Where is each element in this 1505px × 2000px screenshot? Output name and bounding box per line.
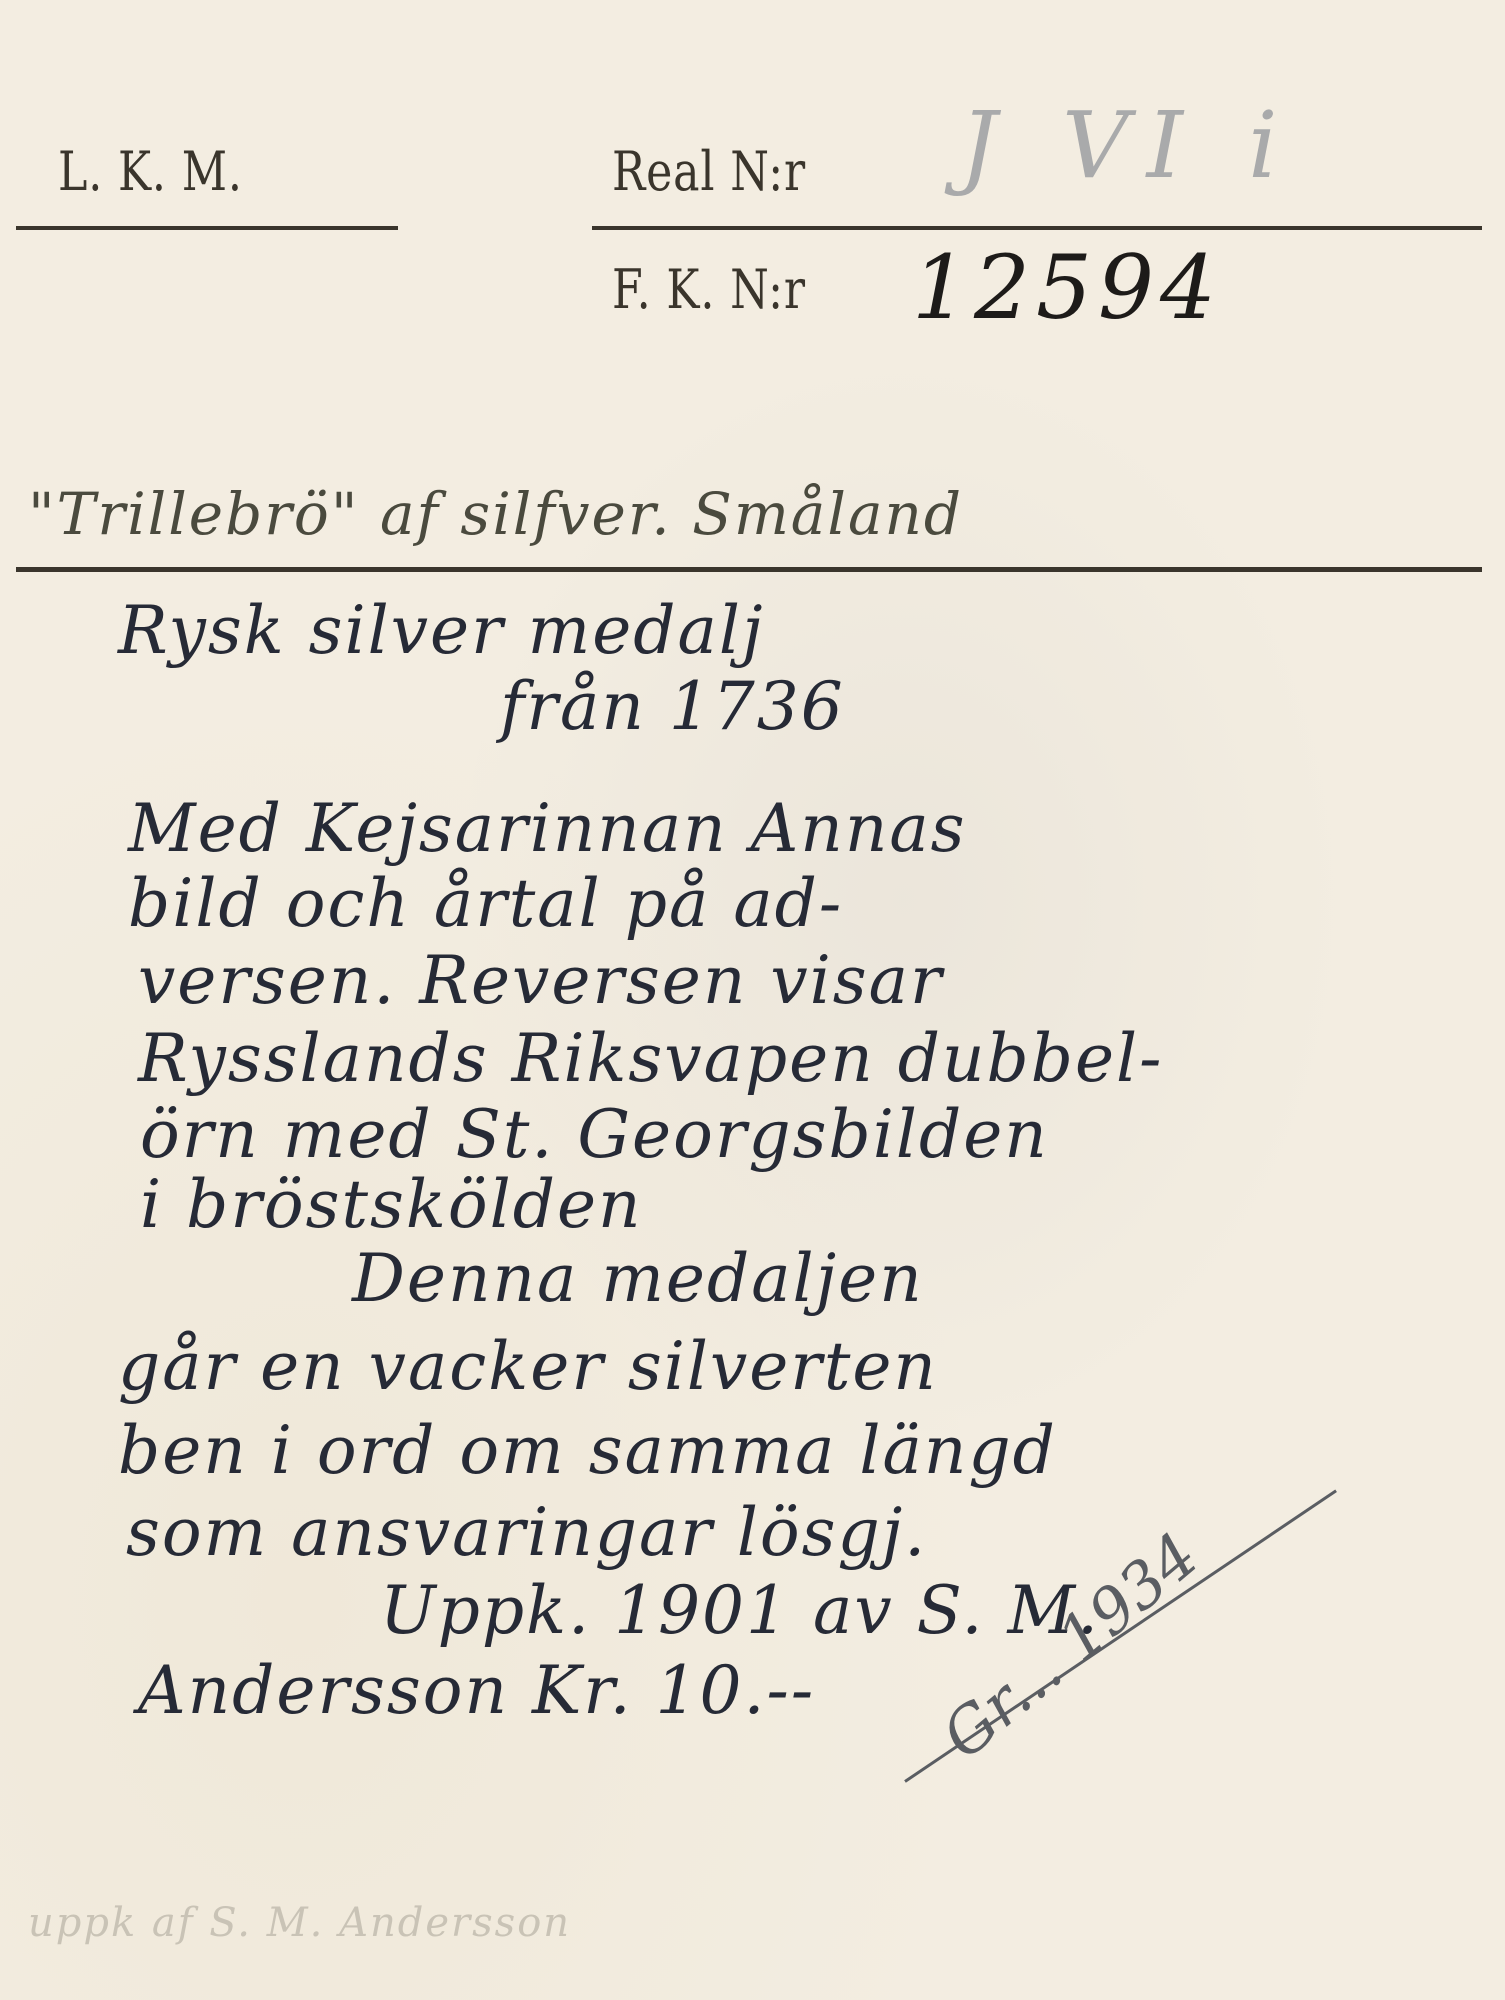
fk-nr-label: F. K. N:r [612, 258, 806, 321]
description-line: Rysslands Riksvapen dubbel- [138, 1020, 1163, 1097]
description-line: versen. Reversen visar [138, 942, 944, 1019]
description-line: som ansvaringar lösgj. [126, 1494, 927, 1571]
title-rule [16, 567, 1482, 572]
acquisition-line: Uppk. 1901 av S. M. [380, 1572, 1100, 1649]
real-nr-label: Real N:r [612, 140, 806, 203]
description-line: Rysk silver medalj [118, 592, 764, 669]
header-rule-right [592, 226, 1482, 230]
description-line: från 1736 [500, 668, 845, 745]
description-line: går en vacker silverten [118, 1328, 938, 1405]
description-line: örn med St. Georgsbilden [140, 1096, 1049, 1173]
header-rule-left [16, 226, 398, 230]
description-line: Denna medaljen [352, 1240, 924, 1317]
pencil-note: uppk af S. M. Andersson [28, 1900, 571, 1946]
institution-label: L. K. M. [58, 140, 243, 203]
description-line: bild och årtal på ad- [128, 865, 843, 942]
description-line: i bröstskölden [140, 1166, 643, 1243]
real-nr-value: J VI i [960, 92, 1296, 199]
description-line: ben i ord om samma längd [118, 1412, 1057, 1489]
fk-nr-value: 12594 [912, 236, 1222, 339]
price-line: Andersson Kr. 10.-- [138, 1652, 815, 1729]
catalog-card: L. K. M. Real N:r J VI i F. K. N:r 12594… [0, 0, 1505, 2000]
description-line: Med Kejsarinnan Annas [128, 790, 967, 867]
object-title: "Trillebrö" af silfver. Småland [28, 480, 963, 548]
